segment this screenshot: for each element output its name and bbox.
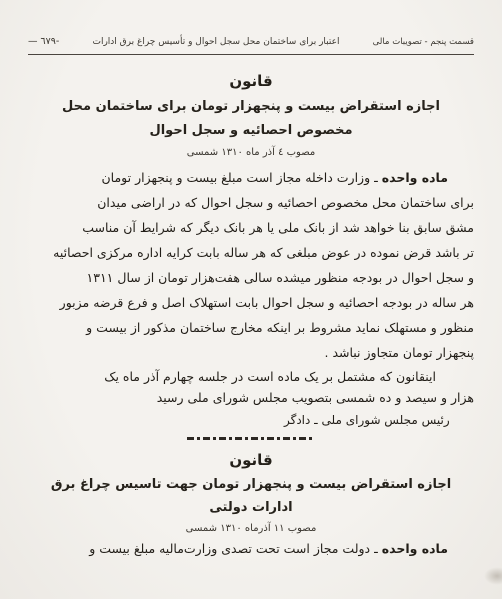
law1-article-line: برای ساختمان محل مخصوص احصائیه و سجل احو… (28, 190, 474, 215)
law1-subtitle-line1: اجازه استقراض بیست و پنجهزار تومان برای … (28, 99, 474, 114)
law1-heading: قانون (28, 72, 474, 90)
law1-article-line: هر ساله در بودجه احصائیه و سجل احوال باب… (28, 290, 474, 315)
law2-article-line: ماده واحده ـ دولت مجاز است تحت تصدی وزار… (28, 536, 474, 561)
section-divider (187, 437, 315, 440)
law1-closing: اینقانون که مشتمل بر یک ماده است در جلسه… (28, 366, 474, 408)
law2-article-text: ـ دولت مجاز است تحت تصدی وزارت‌مالیه مبل… (89, 541, 378, 556)
law1-closing-line: هزار و سیصد و ده شمسی بتصویب مجلس شورای … (28, 387, 474, 408)
law1-subtitle-line2: مخصوص احصائیه و سجل احوال (28, 123, 474, 138)
gazette-page: قسمت پنجم - تصویبات مالی اعتبار برای ساخ… (0, 0, 502, 599)
law2-enactment-date: مصوب ۱۱ آذرماه ۱۳۱۰ شمسی (28, 523, 474, 534)
signature-line: رئیس مجلس شورای ملی ـ دادگر (28, 410, 474, 430)
law1-closing-line: اینقانون که مشتمل بر یک ماده است در جلسه… (28, 366, 474, 387)
law1-article-text: ـ وزارت داخله مجاز است مبلغ بیست و پنجهز… (101, 170, 377, 185)
law1-article-line: ماده واحده ـ وزارت داخله مجاز است مبلغ ب… (28, 165, 474, 190)
law1-article-line: و سجل احوال در بودجه منظور میشده سالی هف… (28, 265, 474, 290)
law2-article: ماده واحده ـ دولت مجاز است تحت تصدی وزار… (28, 536, 474, 561)
law1-article-line: مشق سابق بنا خواهد شد از بانک ملی یا هر … (28, 215, 474, 240)
page-number: -٦٧٩ — (28, 36, 59, 47)
law1-article-line: پنجهزار تومان متجاوز نباشد . (28, 340, 474, 365)
law2-subtitle-line1: اجازه استقراض بیست و پنجهزار تومان جهت ت… (28, 477, 474, 492)
law1-article-line: منظور و مستهلک نماید مشروط بر اینکه مخار… (28, 315, 474, 340)
law1-enactment-date: مصوب ٤ آذر ماه ۱۳۱۰ شمسی (28, 147, 474, 158)
page-curl-shadow (484, 567, 502, 585)
law2-heading: قانون (28, 451, 474, 469)
law1-article-line: تر باشد قرض نموده در عوض مبلغی که هر سال… (28, 240, 474, 265)
law1-article: ماده واحده ـ وزارت داخله مجاز است مبلغ ب… (28, 165, 474, 365)
law1-article-label: ماده واحده (382, 170, 448, 185)
running-head-title: اعتبار برای ساختمان محل سجل احوال و تأسی… (92, 37, 339, 47)
running-head-section: قسمت پنجم - تصویبات مالی (373, 37, 474, 47)
running-head: قسمت پنجم - تصویبات مالی اعتبار برای ساخ… (28, 36, 474, 55)
law2-subtitle-line2: ادارات دولتی (28, 500, 474, 515)
law2-article-label: ماده واحده (382, 541, 448, 556)
